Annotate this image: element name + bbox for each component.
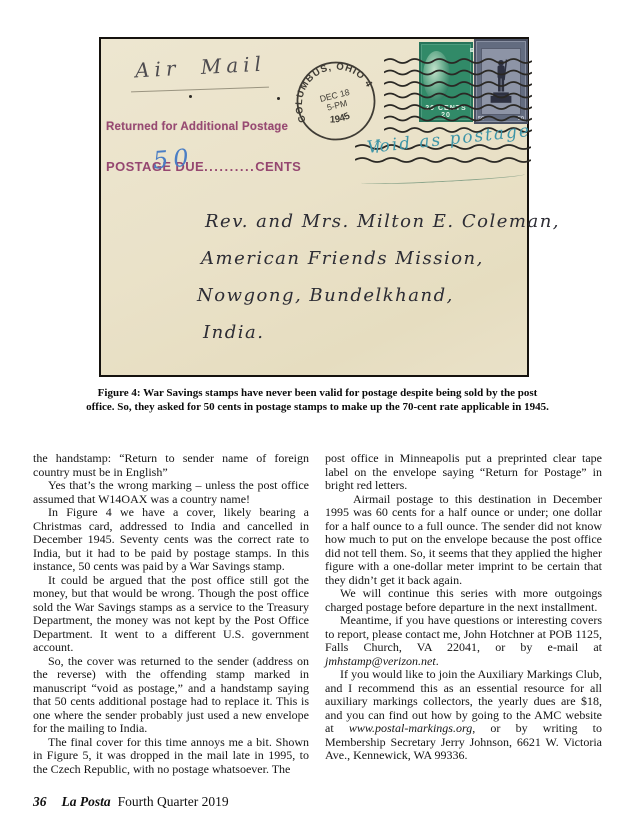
svg-text:1945: 1945	[327, 110, 352, 128]
address-line: India.	[203, 314, 558, 351]
up-arrow-icon: ↑	[369, 136, 388, 159]
address-line: American Friends Mission,	[201, 240, 556, 277]
manuscript-void-as-postage: Void as postage↑	[366, 136, 388, 159]
paragraph: We will continue this series with more o…	[325, 587, 602, 614]
paragraph: post office in Minneapolis put a preprin…	[325, 452, 602, 493]
article-column-left: the handstamp: “Return to sender name of…	[33, 452, 309, 776]
paragraph: The final cover for this time annoys me …	[33, 736, 309, 777]
issue-label: Fourth Quarter 2019	[118, 794, 229, 809]
paragraph: In Figure 4 we have a cover, likely bear…	[33, 506, 309, 574]
paragraph: Yes that’s the wrong marking – unless th…	[33, 479, 309, 506]
caption-line: office. So, they asked for 50 cents in p…	[20, 400, 615, 414]
ink-dot	[277, 97, 280, 100]
email-address: jmhstamp@verizon.net	[325, 654, 436, 668]
handstamp-returned: Returned for Additional Postage	[106, 121, 288, 133]
page-footer: 36La PostaFourth Quarter 2019	[33, 794, 229, 810]
manuscript-due-amount: 50	[152, 143, 195, 174]
figure-caption: Figure 4: War Savings stamps have never …	[20, 386, 615, 414]
address-line: Rev. and Mrs. Milton E. Coleman,	[205, 203, 560, 240]
airmail-manuscript: Air Mail	[134, 52, 266, 83]
paragraph: the handstamp: “Return to sender name of…	[33, 452, 309, 479]
envelope-photo: Air Mail COLUMBUS, OHIO 4 DEC 18 5-PM 19…	[99, 37, 529, 377]
address-block: Rev. and Mrs. Milton E. Coleman, America…	[197, 203, 552, 351]
paragraph: If you would like to join the Auxiliary …	[325, 668, 602, 763]
void-underline	[361, 171, 525, 187]
journal-title: La Posta	[62, 794, 111, 809]
caption-line: Figure 4: War Savings stamps have never …	[20, 386, 615, 400]
paragraph: Airmail postage to this destination in D…	[325, 493, 602, 588]
paragraph: So, the cover was returned to the sender…	[33, 655, 309, 736]
airmail-underline	[131, 87, 269, 93]
website-url: www.postal-markings.org	[349, 721, 472, 735]
address-line: Nowgong, Bundelkhand,	[197, 277, 552, 314]
page-number: 36	[33, 794, 47, 809]
paragraph: It could be argued that the post office …	[33, 574, 309, 655]
ink-dot	[189, 95, 192, 98]
paragraph: Meantime, if you have questions or inter…	[325, 614, 602, 668]
journal-page: Air Mail COLUMBUS, OHIO 4 DEC 18 5-PM 19…	[0, 0, 635, 827]
article-column-right: post office in Minneapolis put a preprin…	[325, 452, 602, 763]
handstamp-postage-due: POSTAGE DUE..........CENTS	[106, 159, 301, 174]
